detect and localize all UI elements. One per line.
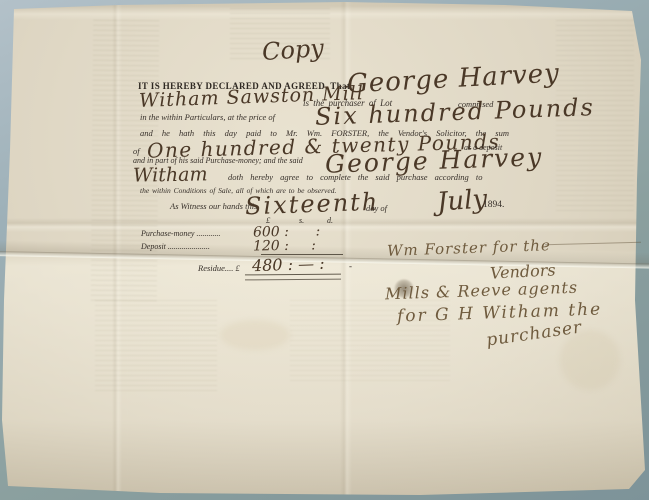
deposit-value: 120 : : [253,237,316,254]
year-text: 1894. [483,200,504,210]
of-text: of [133,146,140,156]
document-photo: Copy IT IS HEREBY DECLARED AND AGREED, T… [0,0,649,500]
purchase-money-label: Purchase-money ............ [141,229,220,238]
residue-label: Residue.... £ [198,263,240,273]
particulars-text: in the within Particulars, at the price … [140,112,275,122]
day-script: Sixteenth [245,188,380,221]
agree-line-text: doth hereby agree to complete the said p… [228,172,483,182]
residue-dash: - [349,261,352,271]
pence-column-header: d. [327,216,333,225]
account-double-rule [245,274,341,281]
copy-heading: Copy [261,34,325,66]
day-of-text: day of [366,203,387,213]
residue-value: 480 : — : [252,254,325,276]
purchaser-name-script-4: Witham [133,163,208,186]
month-script: July [436,184,488,217]
paper-stain [220,320,290,350]
deposit-label: Deposit ..................... [141,242,210,251]
show-through-text [95,300,217,395]
